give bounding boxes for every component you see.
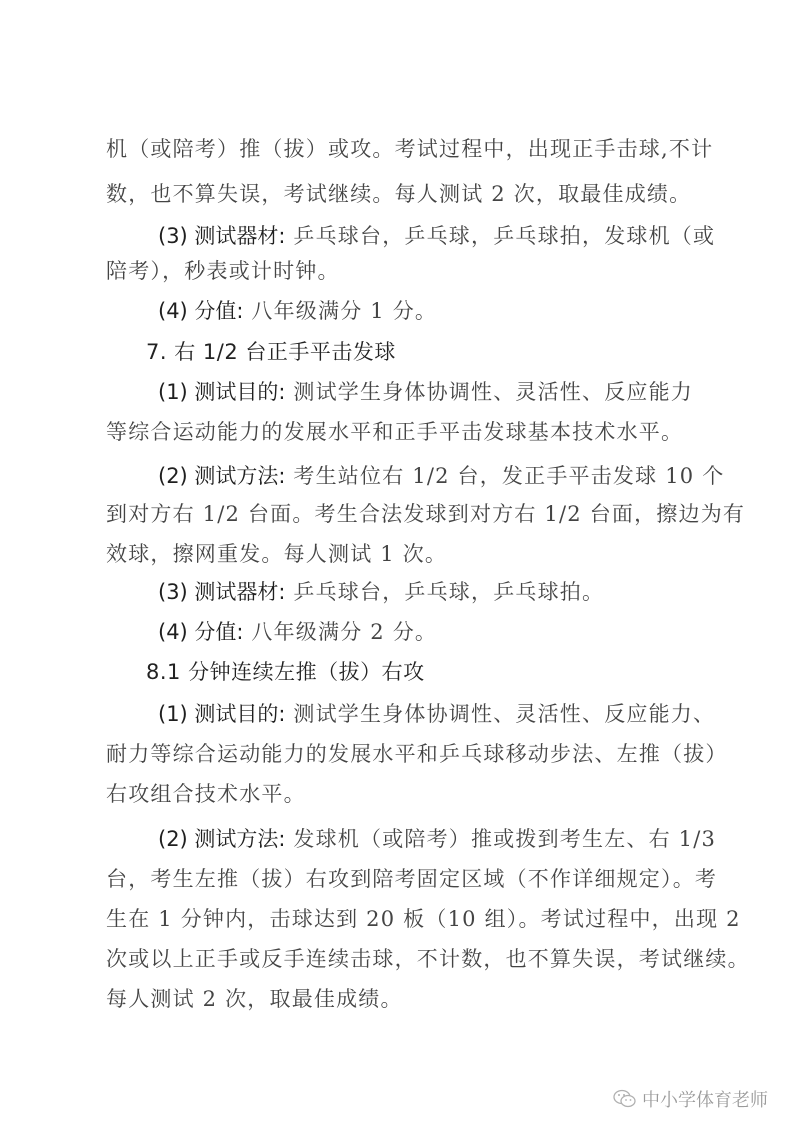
body-text-line: 次或以上正手或反手连续击球，不计数，也不算失误，考试继续。	[106, 945, 750, 973]
wechat-icon	[612, 1088, 638, 1110]
line-text: 右攻组合技术水平。	[106, 782, 306, 806]
body-text-line: 陪考），秒表或计时钟。	[106, 257, 340, 285]
item-label: (2) 测试方法:	[158, 464, 286, 488]
line-text: 乒乓球台，乒乓球，乒乓球拍，发球机（或	[293, 224, 715, 248]
line-text: 测试学生身体协调性、灵活性、反应能力	[293, 380, 693, 404]
watermark: 中小学体育老师	[612, 1086, 768, 1112]
body-text-line: 效球，擦网重发。每人测试 1 次。	[106, 540, 447, 568]
item-line: (1) 测试目的: 测试学生身体协调性、灵活性、反应能力、	[158, 700, 715, 728]
line-text: 数，也不算失误，考试继续。每人测试 2 次，取最佳成绩。	[106, 182, 691, 206]
document-page: 机（或陪考）推（拔）或攻。考试过程中，出现正手击球,不计 数，也不算失误，考试继…	[0, 0, 800, 1131]
section-heading: 7. 右 1/2 台正手平击发球	[146, 338, 396, 366]
item-label: (2) 测试方法:	[158, 827, 286, 851]
line-text: 等综合运动能力的发展水平和正手平击发球基本技术水平。	[106, 420, 683, 444]
line-text: 台，考生左推（拔）右攻到陪考固定区域（不作详细规定）。考	[106, 867, 717, 891]
item-line: (4) 分值: 八年级满分 1 分。	[158, 297, 437, 325]
body-text-line: 生在 1 分钟内，击球达到 20 板（10 组）。考试过程中，出现 2	[106, 905, 741, 933]
line-text: 测试学生身体协调性、灵活性、反应能力、	[293, 702, 715, 726]
item-label: (1) 测试目的:	[158, 702, 286, 726]
heading-text: 7. 右 1/2 台正手平击发球	[146, 340, 396, 364]
item-line: (2) 测试方法: 发球机（或陪考）推或拨到考生左、右 1/3	[158, 825, 716, 853]
item-line: (3) 测试器材: 乒乓球台，乒乓球，乒乓球拍，发球机（或	[158, 222, 715, 250]
line-text: 发球机（或陪考）推或拨到考生左、右 1/3	[293, 827, 716, 851]
item-label: (1) 测试目的:	[158, 380, 286, 404]
body-text-line: 耐力等综合运动能力的发展水平和乒乓球移动步法、左推（拔）	[106, 740, 728, 768]
body-text-line: 机（或陪考）推（拔）或攻。考试过程中，出现正手击球,不计	[106, 135, 713, 163]
item-label: (3) 测试器材:	[158, 224, 286, 248]
line-text: 八年级满分 2 分。	[251, 620, 437, 644]
line-text: 陪考），秒表或计时钟。	[106, 259, 340, 283]
line-text: 次或以上正手或反手连续击球，不计数，也不算失误，考试继续。	[106, 947, 750, 971]
item-label: (4) 分值:	[158, 620, 244, 644]
item-label: (3) 测试器材:	[158, 580, 286, 604]
line-text: 考生站位右 1/2 台，发正手平击发球 10 个	[293, 464, 724, 488]
line-text: 八年级满分 1 分。	[251, 299, 437, 323]
body-text-line: 等综合运动能力的发展水平和正手平击发球基本技术水平。	[106, 418, 683, 446]
body-text-line: 每人测试 2 次，取最佳成绩。	[106, 985, 403, 1013]
body-text-line: 台，考生左推（拔）右攻到陪考固定区域（不作详细规定）。考	[106, 865, 717, 893]
item-line: (3) 测试器材: 乒乓球台，乒乓球，乒乓球拍。	[158, 578, 604, 606]
line-text: 到对方右 1/2 台面。考生合法发球到对方右 1/2 台面，擦边为有	[106, 502, 745, 526]
line-text: 耐力等综合运动能力的发展水平和乒乓球移动步法、左推（拔）	[106, 742, 728, 766]
item-label: (4) 分值:	[158, 299, 244, 323]
watermark-text: 中小学体育老师	[642, 1086, 768, 1112]
line-text: 生在 1 分钟内，击球达到 20 板（10 组）。考试过程中，出现 2	[106, 907, 741, 931]
item-line: (2) 测试方法: 考生站位右 1/2 台，发正手平击发球 10 个	[158, 462, 724, 490]
body-text-line: 到对方右 1/2 台面。考生合法发球到对方右 1/2 台面，擦边为有	[106, 500, 745, 528]
line-text: 机（或陪考）推（拔）或攻。考试过程中，出现正手击球,不计	[106, 137, 713, 161]
item-line: (4) 分值: 八年级满分 2 分。	[158, 618, 437, 646]
heading-text: 8.1 分钟连续左推（拔）右攻	[146, 660, 425, 684]
line-text: 效球，擦网重发。每人测试 1 次。	[106, 542, 447, 566]
line-text: 乒乓球台，乒乓球，乒乓球拍。	[293, 580, 604, 604]
body-text-line: 数，也不算失误，考试继续。每人测试 2 次，取最佳成绩。	[106, 180, 691, 208]
body-text-line: 右攻组合技术水平。	[106, 780, 306, 808]
item-line: (1) 测试目的: 测试学生身体协调性、灵活性、反应能力	[158, 378, 693, 406]
line-text: 每人测试 2 次，取最佳成绩。	[106, 987, 403, 1011]
section-heading: 8.1 分钟连续左推（拔）右攻	[146, 658, 425, 686]
